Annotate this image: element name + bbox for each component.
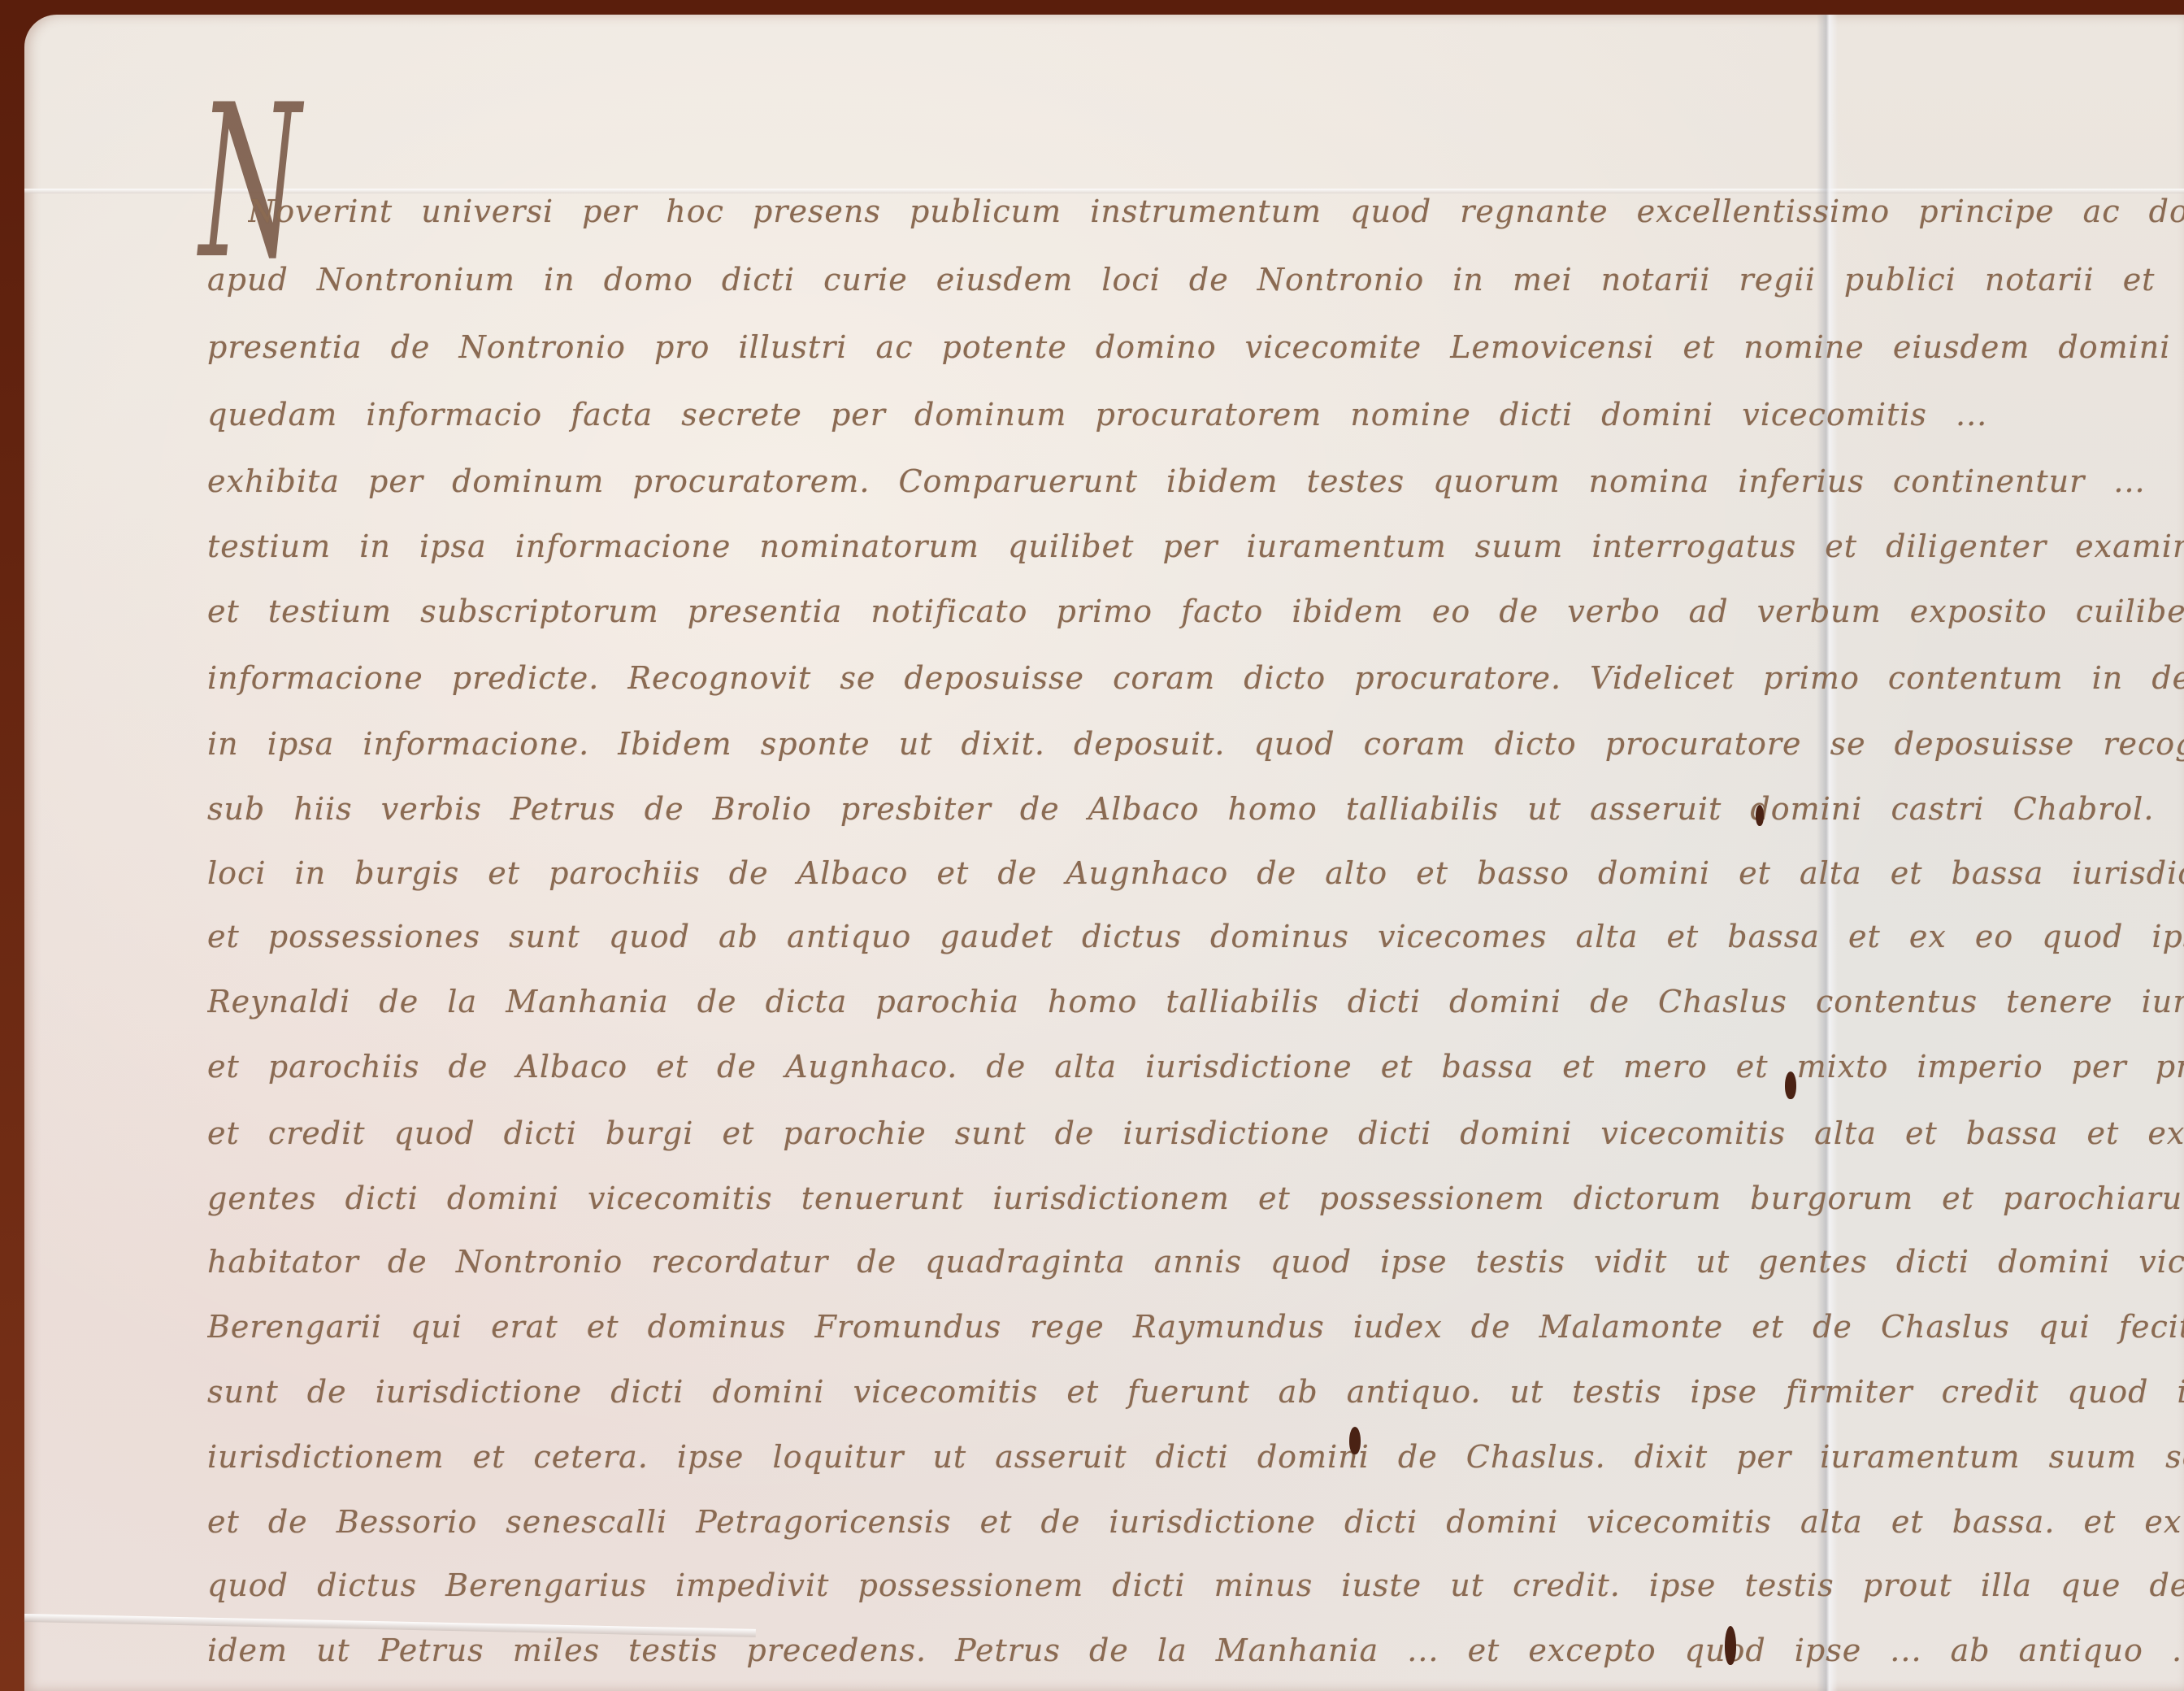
text-line: gentes dicti domini vicecomitis tenuerun…	[207, 1180, 2184, 1216]
ink-blot	[1349, 1427, 1361, 1454]
text-line: Reynaldi de la Manhania de dicta parochi…	[207, 984, 2184, 1019]
ink-blot	[1725, 1626, 1736, 1665]
text-line: quedam informacio facta secrete per domi…	[207, 397, 2184, 433]
text-line: Berengarii qui erat et dominus Fromundus…	[207, 1309, 2184, 1345]
text-line: exhibita per dominum procuratorem. Compa…	[207, 463, 2184, 499]
text-line: et de Bessorio senescalli Petragoricensi…	[207, 1504, 2184, 1540]
text-line: presentia de Nontronio pro illustri ac p…	[207, 329, 2184, 365]
text-line: et credit quod dicti burgi et parochie s…	[207, 1115, 2184, 1151]
text-line: habitator de Nontronio recordatur de qua…	[207, 1244, 2184, 1280]
text-line: et parochiis de Albaco et de Augnhaco. d…	[207, 1049, 2184, 1085]
text-line: quod dictus Berengarius impedivit posses…	[207, 1567, 2184, 1603]
text-line: et testium subscriptorum presentia notif…	[207, 593, 2184, 629]
text-line: apud Nontronium in domo dicti curie eius…	[207, 262, 2184, 298]
ink-blot	[1785, 1072, 1796, 1099]
text-line: et possessiones sunt quod ab antiquo gau…	[207, 919, 2184, 954]
text-line: iurisdictionem et cetera. ipse loquitur …	[207, 1439, 2184, 1475]
text-line: sunt de iurisdictione dicti domini vicec…	[207, 1374, 2184, 1410]
text-line: testium in ipsa informacione nominatorum…	[207, 528, 2184, 564]
ink-blot	[1756, 805, 1764, 826]
text-line: in ipsa informacione. Ibidem sponte ut d…	[207, 726, 2184, 762]
text-line: sub hiis verbis Petrus de Brolio presbit…	[207, 791, 2184, 827]
text-line: Noverint universi per hoc presens public…	[248, 193, 2184, 229]
text-line: informacione predicte. Recognovit se dep…	[207, 660, 2184, 696]
text-line: idem ut Petrus miles testis precedens. P…	[207, 1632, 2184, 1668]
decorated-initial-letter: N	[199, 77, 301, 289]
text-line: loci in burgis et parochiis de Albaco et…	[207, 855, 2184, 891]
